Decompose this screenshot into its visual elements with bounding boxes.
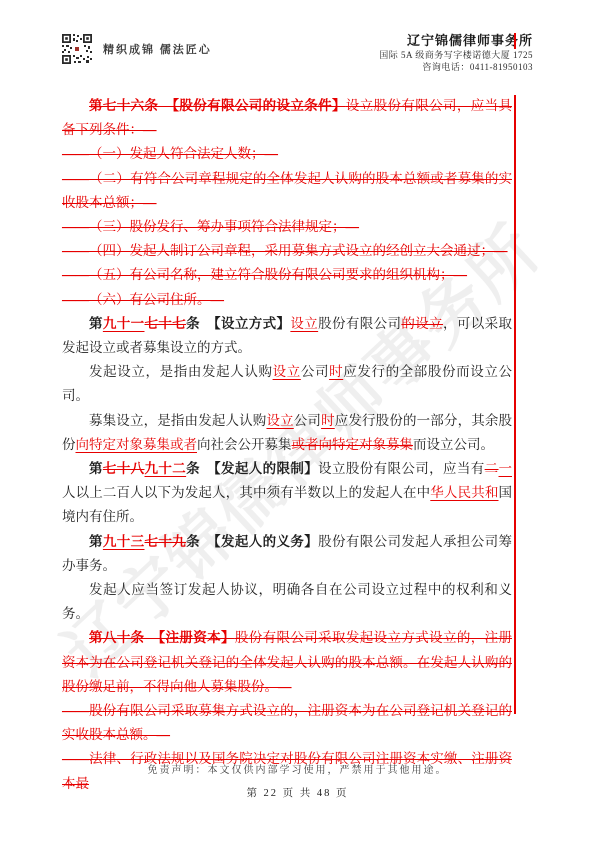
paragraph: ——（六）有公司住所。— [62,288,512,312]
body-text: 发起人应当签订发起人协议，明确各自在公司设立过程中的权利和义务。 [62,582,512,621]
deleted-text: ——（四）发起人制订公司章程，采用募集方式设立的经创立大会通过；— [62,243,508,258]
document-body: 第七十六条 【股份有限公司的设立条件】设立股份有限公司，应当具备下列条件：———… [62,94,512,796]
body-text: 股份有限公司 [318,316,401,331]
paragraph: 发起设立，是指由发起人认购设立公司时应发行的全部股份而设立公司。 [62,360,512,408]
deleted-text: 第七十六条 【股份有限公司的设立条件】 [89,98,346,113]
body-text: 第 [89,316,103,331]
page-number: 第 22 页 共 48 页 [0,785,595,800]
page-header: 精织成锦 儒法匠心 辽宁锦儒律师事务所 国际 5A 级商务写字楼诺德大厦 172… [62,34,533,72]
deleted-text: 七十七 [145,316,187,331]
document-page: 辽宁锦儒律师事务所 [0,0,595,842]
page-footer: 免责声明：本文仅供内部学习使用，严禁用于其他用途。 第 22 页 共 48 页 [0,761,595,800]
qr-code-icon [62,34,92,64]
paragraph: 第九十一七十七条 【设立方式】设立股份有限公司的设立，可以采取发起设立或者募集设… [62,312,512,360]
inserted-text: 九十一 [103,316,145,331]
firm-slogan: 精织成锦 儒法匠心 [103,41,212,57]
body-text: 向社会公开募集 [197,437,292,452]
body-text: 条 【发起人的限制】 [186,461,318,476]
paragraph: ——（四）发起人制订公司章程，采用募集方式设立的经创立大会通过；— [62,239,512,263]
body-text: 发起设立，是指由发起人认购 [89,364,273,379]
paragraph: 第七十八九十二条 【发起人的限制】设立股份有限公司，应当有二一人以上二百人以下为… [62,457,512,530]
body-text: 条 【发起人的义务】 [186,534,318,549]
paragraph: ——（五）有公司名称，建立符合股份有限公司要求的组织机构；— [62,263,512,287]
firm-address: 国际 5A 级商务写字楼诺德大厦 1725 [379,51,533,60]
deleted-text: 七十九 [145,534,187,549]
paragraph: 发起人应当签订发起人协议，明确各自在公司设立过程中的权利和义务。 [62,578,512,626]
inserted-text: 设立 [273,364,301,379]
deleted-text: ——（三）股份发行、筹办事项符合法律规定；— [62,219,359,234]
deleted-text: ——（五）有公司名称，建立符合股份有限公司要求的组织机构；— [62,267,467,282]
inserted-text: 华人民共和 [430,485,498,500]
paragraph: 募集设立，是指由发起人认购设立公司时应发行股份的一部分，其余股份向特定对象募集或… [62,409,512,457]
deleted-text: 七十八 [103,461,145,476]
body-text: 而设立公司。 [413,437,494,452]
deleted-text: 第八十条 【注册资本】 [89,630,235,645]
inserted-text: 向特定对象募集或者 [76,437,198,452]
inserted-text: 设立 [266,413,293,428]
revision-change-bar-body [514,95,516,714]
paragraph: 第七十六条 【股份有限公司的设立条件】设立股份有限公司，应当具备下列条件：— [62,94,512,142]
revision-change-bar-header [514,33,516,49]
paragraph: ——股份有限公司采取募集方式设立的，注册资本为在公司登记机关登记的实收股本总额。… [62,699,512,747]
inserted-text: 时 [329,364,343,379]
paragraph: ——（三）股份发行、筹办事项符合法律规定；— [62,215,512,239]
deleted-text: ——（二）有符合公司章程规定的全体发起人认购的股本总额或者募集的实收股本总额；— [62,171,512,210]
inserted-text: 设立 [290,316,318,331]
body-text: 公司 [301,364,329,379]
firm-phone: 咨询电话：0411-81950103 [379,63,533,72]
paragraph: ——（一）发起人符合法定人数；— [62,142,512,166]
inserted-text: 一 [499,461,513,476]
body-text: 公司 [294,413,321,428]
inserted-text: 九十三 [103,534,145,549]
body-text: 第 [89,461,103,476]
inserted-text: 九十二 [145,461,187,476]
deleted-text: 二 [485,461,499,476]
body-text: 设立股份有限公司，应当有 [318,461,485,476]
deleted-text: ——股份有限公司采取募集方式设立的，注册资本为在公司登记机关登记的实收股本总额。… [62,703,512,742]
body-text: 人以上二百人以下为发起人，其中须有半数以上的发起人在中 [62,485,430,500]
deleted-text: ——（六）有公司住所。— [62,292,224,307]
body-text: 募集设立，是指由发起人认购 [89,413,266,428]
paragraph: 第九十三七十九条 【发起人的义务】股份有限公司发起人承担公司筹办事务。 [62,530,512,578]
paragraph: 第八十条 【注册资本】股份有限公司采取发起设立方式设立的，注册资本为在公司登记机… [62,626,512,699]
firm-contact-block: 辽宁锦儒律师事务所 国际 5A 级商务写字楼诺德大厦 1725 咨询电话：041… [379,34,533,72]
paragraph: ——（二）有符合公司章程规定的全体发起人认购的股本总额或者募集的实收股本总额；— [62,167,512,215]
disclaimer-text: 免责声明：本文仅供内部学习使用，严禁用于其他用途。 [0,761,595,776]
body-text: 第 [89,534,103,549]
inserted-text: 时 [321,413,335,428]
header-brand: 精织成锦 儒法匠心 [62,34,212,64]
deleted-text: ——（一）发起人符合法定人数；— [62,146,278,161]
body-text: 条 【设立方式】 [186,316,290,331]
deleted-text: 的设立 [401,316,443,331]
firm-name: 辽宁锦儒律师事务所 [379,34,533,47]
deleted-text: 或者向特定对象募集 [292,437,414,452]
